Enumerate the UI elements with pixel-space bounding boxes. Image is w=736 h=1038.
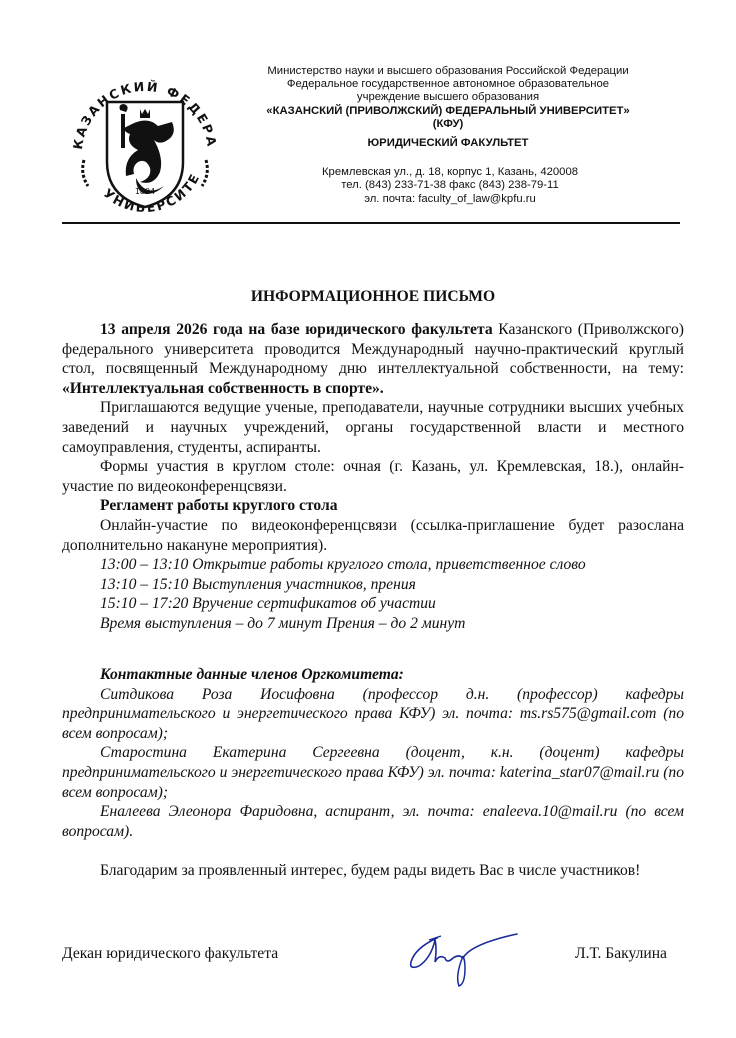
letterhead: Министерство науки и высшего образования… [240, 65, 656, 150]
contacts-section: Контактные данные членов Оргкомитета: Си… [62, 665, 684, 841]
faculty-name: ЮРИДИЧЕСКИЙ ФАКУЛЬТЕТ [240, 137, 656, 150]
logo-year: 1804 [135, 187, 155, 196]
schedule-item: Время выступления – до 7 минут Прения – … [62, 614, 684, 634]
signer-name: Л.Т. Бакулина [575, 945, 667, 963]
letter-body: 13 апреля 2026 года на базе юридического… [62, 320, 684, 634]
online-note: Онлайн-участие по видеоконференцсвязи (с… [62, 516, 684, 555]
header-divider [62, 222, 680, 224]
phones: тел. (843) 233-71-38 факс (843) 238-79-1… [290, 179, 610, 192]
intro-paragraph: 13 апреля 2026 года на базе юридического… [62, 320, 684, 398]
university-abbr: (КФУ) [240, 118, 656, 131]
forms-paragraph: Формы участия в круглом столе: очная (г.… [62, 457, 684, 496]
event-topic: «Интеллектуальная собственность в спорте… [62, 380, 384, 397]
closing-section: Благодарим за проявленный интерес, будем… [62, 861, 684, 881]
institution-type-line: Федеральное государственное автономное о… [240, 78, 656, 91]
intro-bold: 13 апреля 2026 года на базе юридического… [100, 321, 493, 338]
email: эл. почта: faculty_of_law@kpfu.ru [290, 193, 610, 206]
university-name: «КАЗАНСКИЙ (ПРИВОЛЖСКИЙ) ФЕДЕРАЛЬНЫЙ УНИ… [240, 105, 656, 118]
letter-page: КАЗАНСКИЙ ФЕДЕРАЛЬНЫЙ УНИВЕРСИТЕТ 1804 М… [0, 0, 736, 1038]
schedule-item: 13:00 – 13:10 Открытие работы круглого с… [62, 555, 684, 575]
contact-item: Еналеева Элеонора Фаридовна, аспирант, э… [62, 802, 684, 841]
address: Кремлевская ул., д. 18, корпус 1, Казань… [290, 166, 610, 179]
closing-paragraph: Благодарим за проявленный интерес, будем… [62, 861, 684, 881]
contact-item: Старостина Екатерина Сергеевна (доцент, … [62, 743, 684, 802]
signature-icon [405, 928, 525, 990]
letter-title: ИНФОРМАЦИОННОЕ ПИСЬМО [62, 288, 684, 306]
schedule-item: 13:10 – 15:10 Выступления участников, пр… [62, 575, 684, 595]
ministry-line: Министерство науки и высшего образования… [240, 65, 656, 78]
schedule-heading: Регламент работы круглого стола [62, 496, 684, 516]
signer-title: Декан юридического факультета [62, 945, 278, 963]
contacts-heading: Контактные данные членов Оргкомитета: [62, 665, 684, 685]
institution-type-line-2: учреждение высшего образования [240, 91, 656, 104]
contact-block: Кремлевская ул., д. 18, корпус 1, Казань… [290, 166, 610, 206]
kfu-logo-icon: КАЗАНСКИЙ ФЕДЕРАЛЬНЫЙ УНИВЕРСИТЕТ 1804 [60, 62, 230, 232]
schedule-item: 15:10 – 17:20 Вручение сертификатов об у… [62, 594, 684, 614]
invite-paragraph: Приглашаются ведущие ученые, преподавате… [62, 398, 684, 457]
contact-item: Ситдикова Роза Иосифовна (профессор д.н.… [62, 685, 684, 744]
